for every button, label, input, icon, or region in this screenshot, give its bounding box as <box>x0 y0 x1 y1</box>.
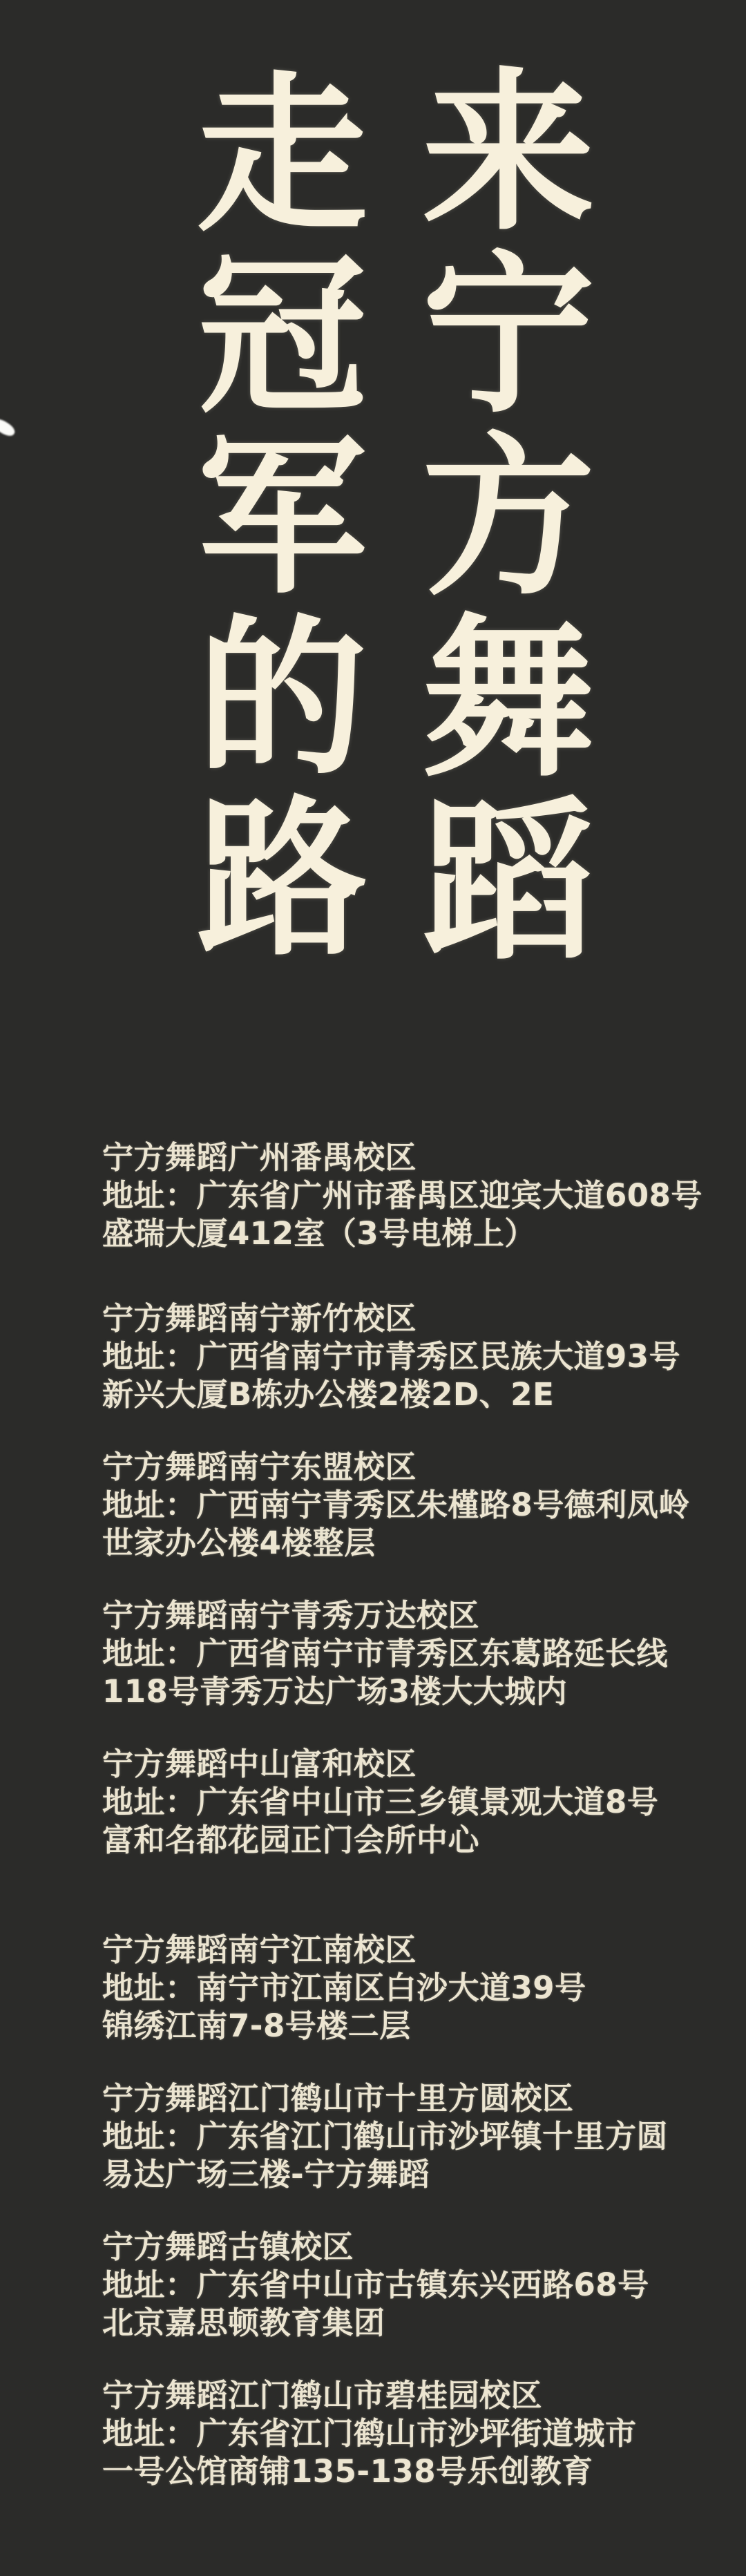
campus-address-line-1: 地址：广东省江门鹤山市沙坪镇十里方圆 <box>102 2117 738 2155</box>
campus-address-line-2: 新兴大厦B栋办公楼2楼2D、2E <box>102 1375 738 1413</box>
campus-block: 宁方舞蹈中山富和校区 地址：广东省中山市三乡镇景观大道8号 富和名都花园正门会所… <box>102 1745 738 1859</box>
campus-block: 宁方舞蹈南宁青秀万达校区 地址：广西省南宁市青秀区东葛路延长线 118号青秀万达… <box>102 1596 738 1710</box>
title-column-right: 来宁方舞蹈 <box>408 61 582 973</box>
campus-address-line-1: 地址：广西省南宁市青秀区东葛路延长线 <box>102 1634 738 1672</box>
campus-address-line-2: 一号公馆商铺135-138号乐创教育 <box>102 2452 738 2490</box>
campus-block: 宁方舞蹈江门鹤山市碧桂园校区 地址：广东省江门鹤山市沙坪街道城市 一号公馆商铺1… <box>102 2376 738 2490</box>
campus-address-line-2: 118号青秀万达广场3楼大大城内 <box>102 1672 738 1710</box>
campus-name: 宁方舞蹈南宁江南校区 <box>102 1931 738 1969</box>
campus-name: 宁方舞蹈广州番禺校区 <box>102 1138 738 1176</box>
campus-name: 宁方舞蹈中山富和校区 <box>102 1745 738 1783</box>
campus-address-line-2: 北京嘉思顿教育集团 <box>102 2304 738 2342</box>
campus-address-line-1: 地址：南宁市江南区白沙大道39号 <box>102 1969 738 2007</box>
campus-address-line-2: 锦绣江南7-8号楼二层 <box>102 2007 738 2045</box>
brush-mark-artifact <box>0 416 17 439</box>
campus-address-line-1: 地址：广西南宁青秀区朱槿路8号德利凤岭 <box>102 1486 738 1524</box>
campus-block: 宁方舞蹈南宁新竹校区 地址：广西省南宁市青秀区民族大道93号 新兴大厦B栋办公楼… <box>102 1299 738 1413</box>
campus-name: 宁方舞蹈江门鹤山市碧桂园校区 <box>102 2376 738 2414</box>
campus-name: 宁方舞蹈古镇校区 <box>102 2228 738 2266</box>
campus-address-line-1: 地址：广东省中山市三乡镇景观大道8号 <box>102 1783 738 1821</box>
campus-name: 宁方舞蹈南宁青秀万达校区 <box>102 1596 738 1634</box>
campus-address-line-2: 世家办公楼4楼整层 <box>102 1524 738 1562</box>
campus-block: 宁方舞蹈广州番禺校区 地址：广东省广州市番禺区迎宾大道608号 盛瑞大厦412室… <box>102 1138 738 1252</box>
campus-block: 宁方舞蹈南宁东盟校区 地址：广西南宁青秀区朱槿路8号德利凤岭 世家办公楼4楼整层 <box>102 1448 738 1562</box>
title-column-left: 走冠军的路 <box>182 65 354 970</box>
poster-background: 走冠军的路 来宁方舞蹈 宁方舞蹈广州番禺校区 地址：广东省广州市番禺区迎宾大道6… <box>0 0 746 2576</box>
campus-address-line-2: 盛瑞大厦412室（3号电梯上） <box>102 1214 738 1252</box>
campus-address-line-2: 易达广场三楼-宁方舞蹈 <box>102 2155 738 2193</box>
campus-address-line-2: 富和名都花园正门会所中心 <box>102 1821 738 1859</box>
campus-block: 宁方舞蹈江门鹤山市十里方圆校区 地址：广东省江门鹤山市沙坪镇十里方圆 易达广场三… <box>102 2079 738 2193</box>
campus-address-line-1: 地址：广东省江门鹤山市沙坪街道城市 <box>102 2414 738 2452</box>
campus-address-line-1: 地址：广西省南宁市青秀区民族大道93号 <box>102 1337 738 1375</box>
campus-name: 宁方舞蹈江门鹤山市十里方圆校区 <box>102 2079 738 2117</box>
campus-address-list: 宁方舞蹈广州番禺校区 地址：广东省广州市番禺区迎宾大道608号 盛瑞大厦412室… <box>102 1138 738 2525</box>
campus-name: 宁方舞蹈南宁新竹校区 <box>102 1299 738 1337</box>
campus-name: 宁方舞蹈南宁东盟校区 <box>102 1448 738 1486</box>
campus-address-line-1: 地址：广东省中山市古镇东兴西路68号 <box>102 2266 738 2304</box>
campus-block: 宁方舞蹈古镇校区 地址：广东省中山市古镇东兴西路68号 北京嘉思顿教育集团 <box>102 2228 738 2342</box>
campus-address-line-1: 地址：广东省广州市番禺区迎宾大道608号 <box>102 1176 738 1214</box>
campus-block: 宁方舞蹈南宁江南校区 地址：南宁市江南区白沙大道39号 锦绣江南7-8号楼二层 <box>102 1931 738 2045</box>
